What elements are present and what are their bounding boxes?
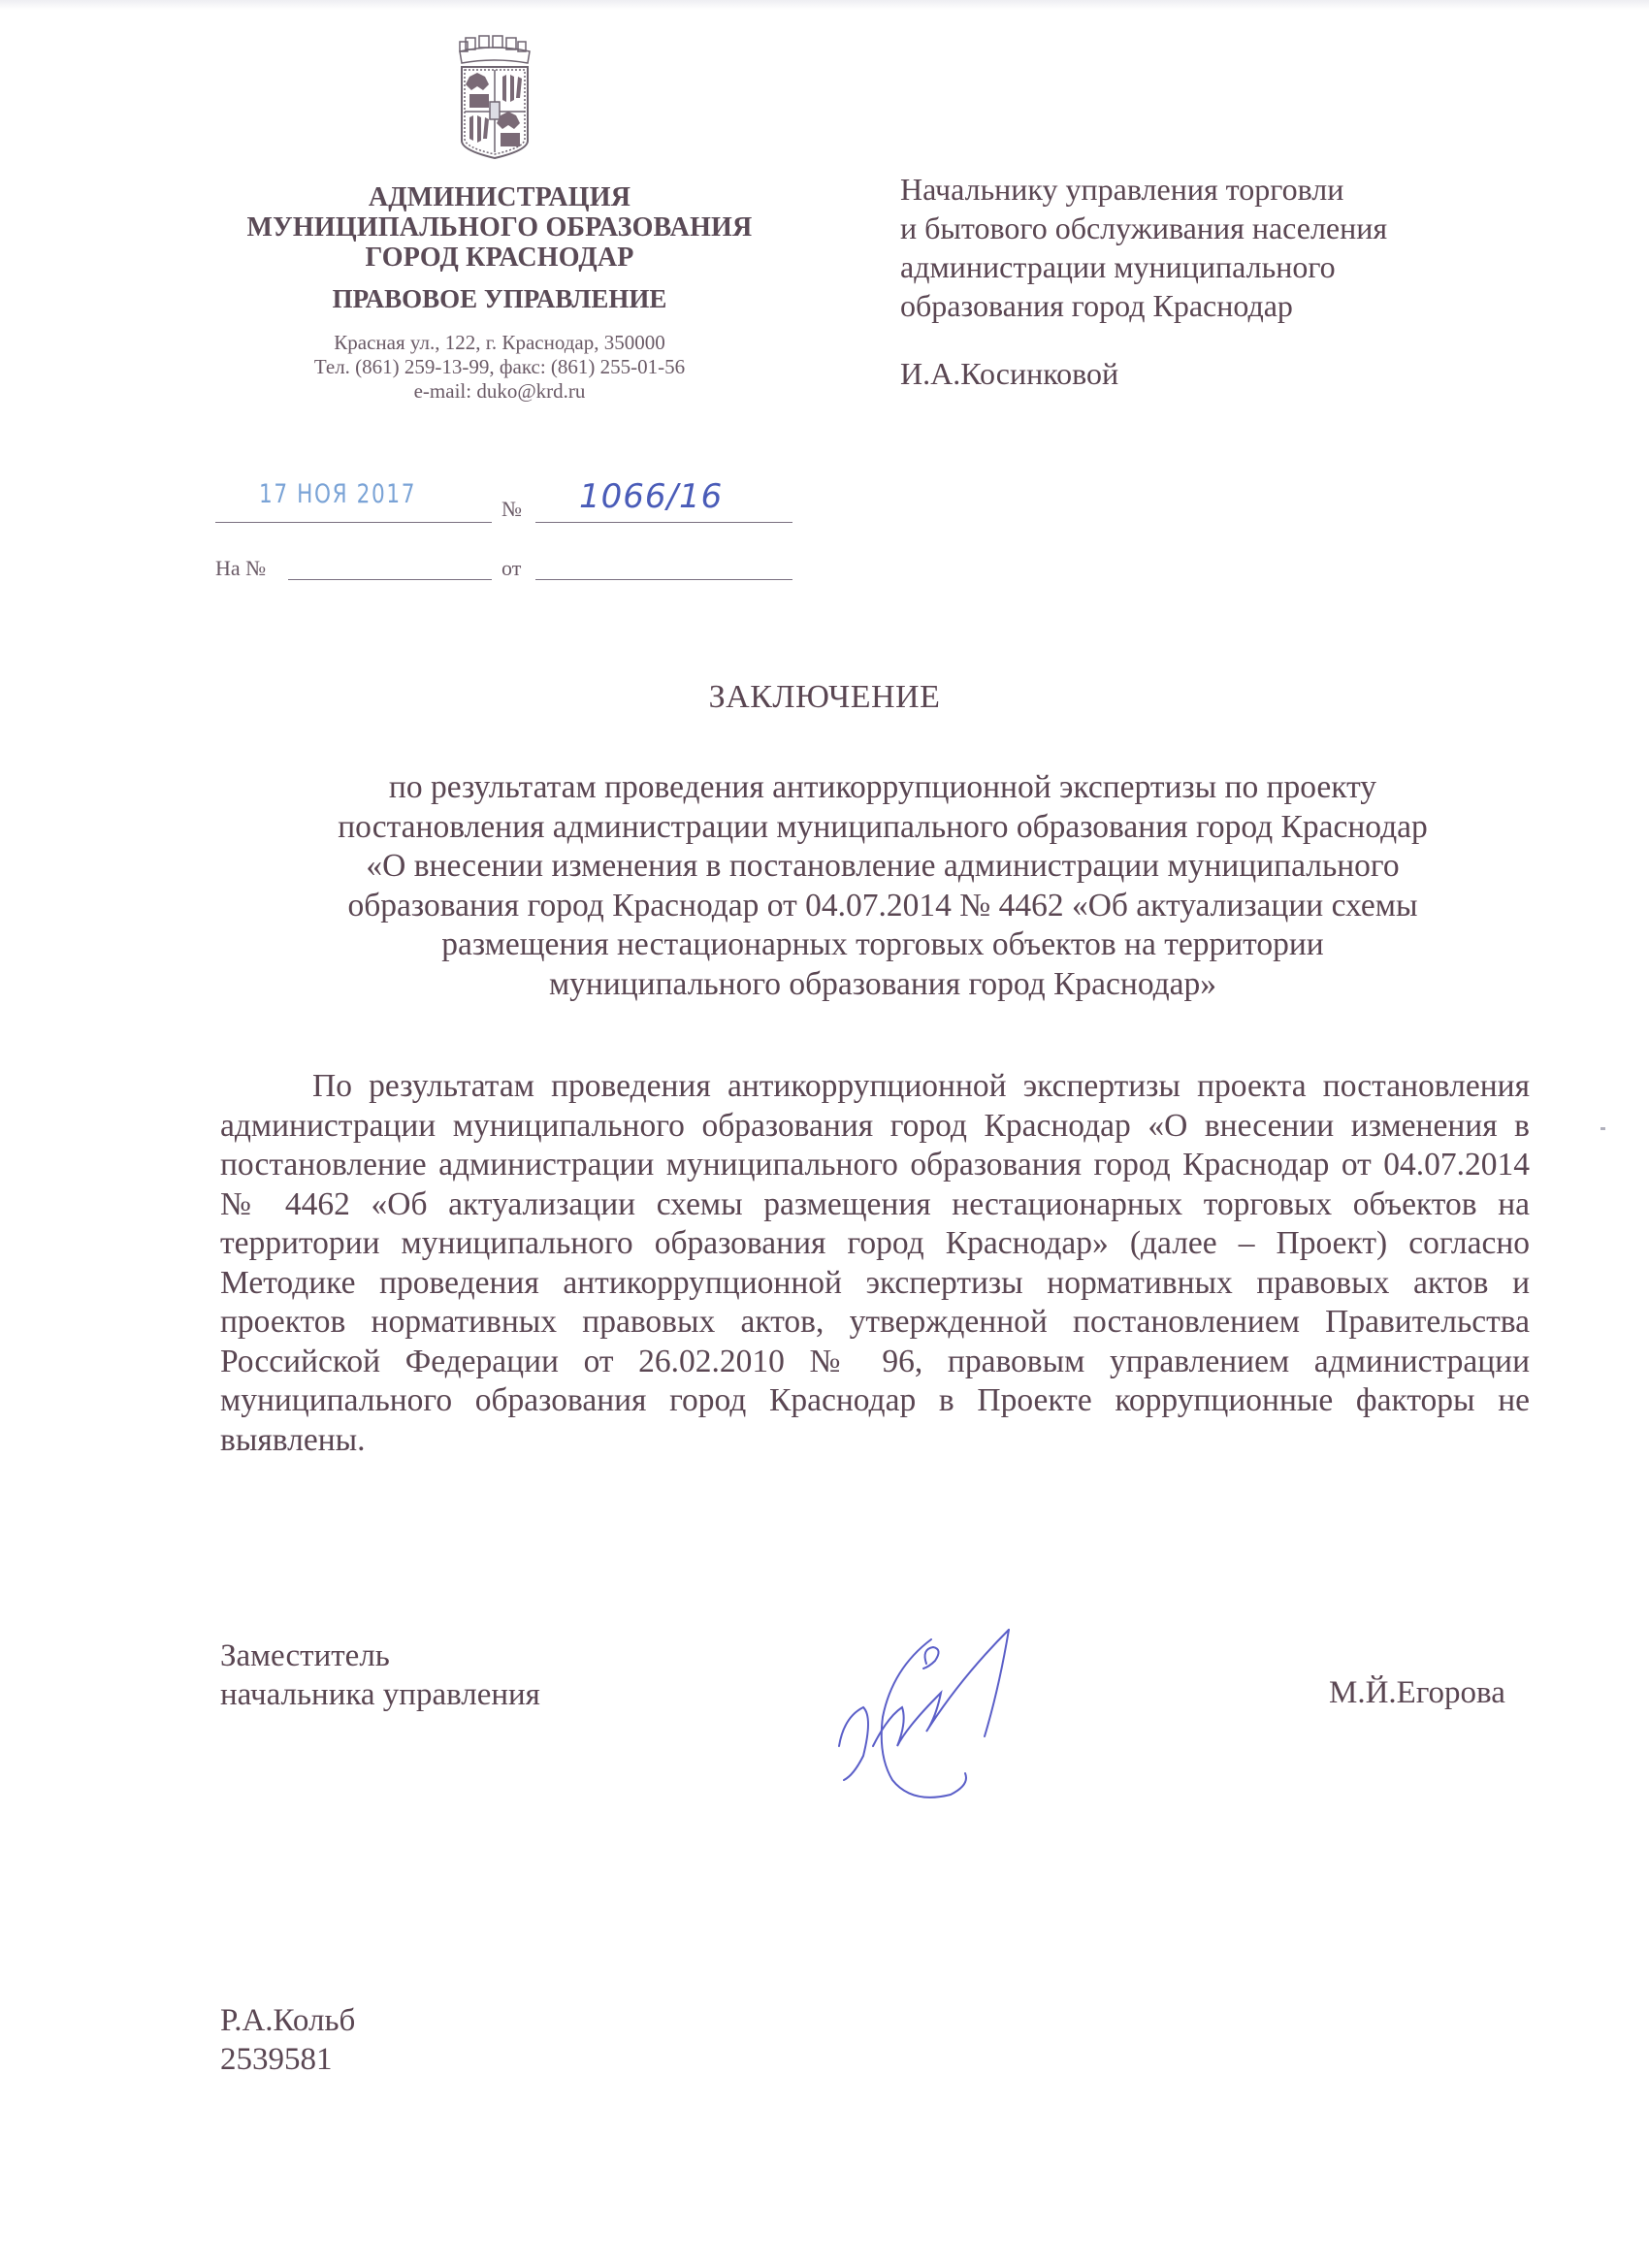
org-name-line: ГОРОД КРАСНОДАР [209, 243, 791, 273]
subtitle-line: постановления администрации муниципально… [218, 808, 1547, 848]
org-name-line: МУНИЦИПАЛЬНОГО ОБРАЗОВАНИЯ [209, 212, 791, 243]
addressee-line: и бытового обслуживания населения [900, 209, 1579, 247]
reply-from-label: от [501, 556, 521, 581]
document-subtitle: по результатам проведения антикоррупцион… [218, 768, 1547, 1004]
executor-phone: 2539581 [220, 2040, 355, 2079]
addressee-line: Начальнику управления торговли [900, 170, 1579, 209]
department-name: ПРАВОВОЕ УПРАВЛЕНИЕ [209, 284, 791, 314]
addressee-block: Начальнику управления торговли и бытовог… [900, 170, 1579, 393]
reply-reference-row: На № от [215, 556, 792, 585]
signer-name: М.Й.Егорова [1329, 1675, 1505, 1711]
outgoing-number: 1066/16 [579, 477, 723, 516]
registration-row: 17 НОЯ 2017 № 1066/16 [215, 479, 792, 528]
signer-position-line: начальника управления [220, 1675, 540, 1714]
subtitle-line: муниципального образования город Краснод… [218, 965, 1547, 1005]
letterhead: АДМИНИСТРАЦИЯ МУНИЦИПАЛЬНОГО ОБРАЗОВАНИЯ… [209, 182, 791, 404]
subtitle-line: по результатам проведения антикоррупцион… [218, 768, 1547, 808]
addressee-line: администрации муниципального [900, 247, 1579, 286]
coat-of-arms-icon [456, 34, 533, 165]
executor-name: Р.А.Кольб [220, 2001, 355, 2040]
addressee-line: образования город Краснодар [900, 286, 1579, 325]
number-line [535, 522, 792, 523]
address: Красная ул., 122, г. Краснодар, 350000 [209, 331, 791, 355]
addressee-name: И.А.Косинковой [900, 354, 1579, 393]
date-stamp: 17 НОЯ 2017 [259, 479, 416, 509]
number-sign: № [501, 497, 522, 522]
reply-number-line [288, 579, 492, 580]
subtitle-line: образования город Краснодар от 04.07.201… [218, 887, 1547, 926]
signer-position: Заместитель начальника управления [220, 1636, 540, 1714]
scan-artifact [1600, 1127, 1605, 1130]
document-page: АДМИНИСТРАЦИЯ МУНИЦИПАЛЬНОГО ОБРАЗОВАНИЯ… [0, 0, 1649, 2268]
document-title: ЗАКЛЮЧЕНИЕ [0, 679, 1649, 716]
subtitle-line: «О внесении изменения в постановление ад… [218, 847, 1547, 887]
reply-to-label: На № [215, 556, 266, 581]
subtitle-line: размещения нестационарных торговых объек… [218, 925, 1547, 965]
org-name-line: АДМИНИСТРАЦИЯ [209, 182, 791, 212]
signer-position-line: Заместитель [220, 1636, 540, 1675]
executor-block: Р.А.Кольб 2539581 [220, 2001, 355, 2079]
contact-info: Красная ул., 122, г. Краснодар, 350000 Т… [209, 331, 791, 404]
handwritten-signature-icon [834, 1610, 1164, 1814]
date-line [215, 522, 492, 523]
phone-fax: Тел. (861) 259-13-99, факс: (861) 255-01… [209, 355, 791, 379]
body-paragraph: По результатам проведения антикоррупцион… [220, 1067, 1530, 1460]
email: e-mail: duko@krd.ru [209, 379, 791, 404]
scan-edge-shade [0, 0, 1649, 10]
reply-date-line [535, 579, 792, 580]
